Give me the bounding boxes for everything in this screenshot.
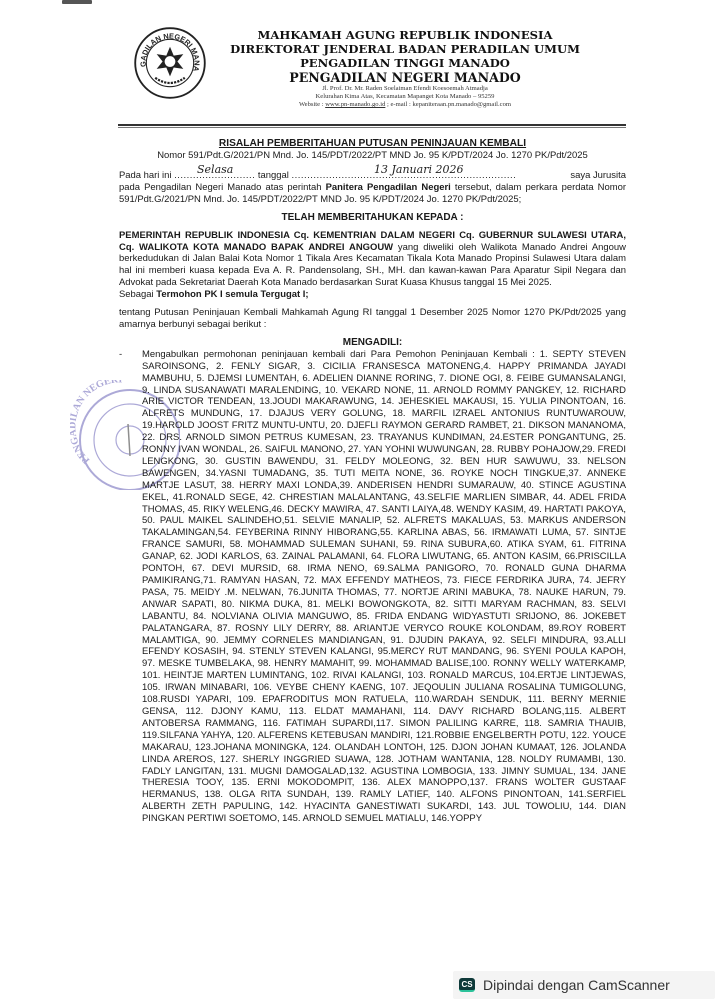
letterhead-divider-thin <box>118 127 626 128</box>
letterhead: MAHKAMAH AGUNG REPUBLIK INDONESIA DIREKT… <box>210 28 600 110</box>
email-address: kepaniteraan.pn.manado@gmail.com <box>412 101 511 108</box>
email-label: ; e-mail : <box>385 101 412 108</box>
letterhead-divider <box>118 124 626 126</box>
handwritten-date: 13 Januari 2026 <box>374 164 463 176</box>
camscanner-icon: CS <box>459 978 475 992</box>
role-bold: Termohon PK I semula Tergugat I; <box>156 289 308 300</box>
camscanner-watermark: CS Dipindai dengan CamScanner <box>453 971 715 999</box>
letterhead-line-4: PENGADILAN NEGERI MANADO <box>210 70 600 85</box>
document-body: RISALAH PEMBERITAHUAN PUTUSAN PENINJAUAN… <box>119 138 626 825</box>
handwritten-day: Selasa <box>197 164 233 176</box>
ruling-item: - Mengabulkan permohonan peninjauan kemb… <box>119 349 626 825</box>
ruling-text: Mengabulkan permohonan peninjauan kembal… <box>142 349 626 824</box>
website-link[interactable]: www.pn-manado.go.id <box>325 101 385 108</box>
pada-hari-ini-label: Pada hari ini <box>119 170 171 181</box>
opening-bold: Panitera Pengadilan Negeri <box>326 182 451 193</box>
court-logo-icon: PENGADILAN NEGERI MANADO <box>133 26 207 100</box>
address-line-2: Kelurahan Kima Atas, Kecamatan Mapanget … <box>210 93 600 101</box>
tanggal-label: tanggal <box>258 170 289 181</box>
notified-heading: TELAH MEMBERITAHUKAN KEPADA : <box>119 212 626 224</box>
case-number: Nomor 591/Pdt.G/2021/PN Mnd. Jo. 145/PDT… <box>119 150 626 162</box>
about-paragraph: tentang Putusan Peninjauan Kembali Mahka… <box>119 307 626 331</box>
scan-artifact <box>62 0 92 4</box>
recipient-paragraph: PEMERINTAH REPUBLIK INDONESIA Cq. KEMENT… <box>119 230 626 290</box>
camscanner-label: Dipindai dengan CamScanner <box>483 977 670 993</box>
document-title: RISALAH PEMBERITAHUAN PUTUSAN PENINJAUAN… <box>119 138 626 150</box>
contact-line: Website : www.pn-manado.go.id ; e-mail :… <box>210 101 600 109</box>
role-line: Sebagai Termohon PK I semula Tergugat I; <box>119 289 626 301</box>
ruling-heading: MENGADILI: <box>119 337 626 349</box>
opening-paragraph: Pada hari ini ..........................… <box>119 170 626 206</box>
jurusita-label: saya Jurusita <box>570 170 626 182</box>
opening-text: pada Pengadilan Negeri Manado atas perin… <box>119 182 326 193</box>
website-label: Website : <box>299 101 325 108</box>
ruling-bullet: - <box>119 349 122 361</box>
role-prefix: Sebagai <box>119 289 156 300</box>
letterhead-line-2: DIREKTORAT JENDERAL BADAN PERADILAN UMUM <box>210 42 600 56</box>
letterhead-line-3: PENGADILAN TINGGI MANADO <box>210 56 600 70</box>
letterhead-line-1: MAHKAMAH AGUNG REPUBLIK INDONESIA <box>210 28 600 42</box>
address-line-1: Jl. Prof. Dr. Mr. Raden Soelaiman Efendi… <box>210 85 600 93</box>
